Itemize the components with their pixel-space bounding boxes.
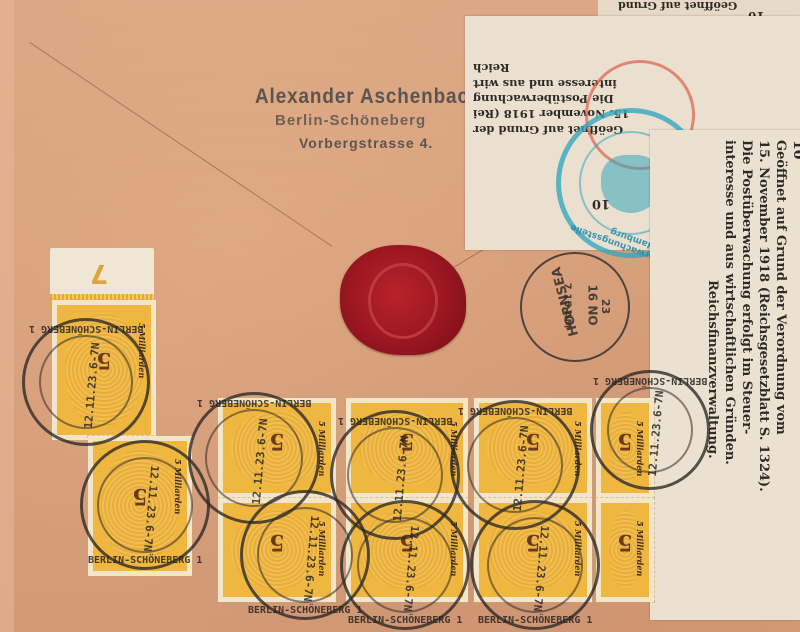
label-right-number: 10 bbox=[789, 140, 800, 492]
label-top-edge-text: Geöffnet auf Grund bbox=[618, 0, 737, 13]
label-right-line-3: Die Postüberwachung erfolgt im Steuer- bbox=[738, 140, 755, 492]
postmark-date: 12.11.23.6-7N bbox=[531, 525, 551, 612]
postmark-place: BERLIN-SCHÖNEBERG 1 bbox=[348, 615, 462, 626]
postmark-date: 12.11.23.6-7N bbox=[511, 425, 531, 512]
arrival-postmark-year: 23 bbox=[599, 299, 612, 314]
berlin-postmark: 12.11.23.6-7NBERLIN-SCHÖNEBERG 1 bbox=[22, 318, 150, 446]
berlin-postmark: 12.11.23.6-7NBERLIN-SCHÖNEBERG 1 bbox=[470, 500, 600, 630]
arrival-postmark-time: 7.15 AM bbox=[561, 283, 572, 329]
berlin-postmark: 12.11.23.6-7NBERLIN-SCHÖNEBERG 1 bbox=[590, 370, 710, 490]
stamp-value: 5 bbox=[617, 529, 632, 555]
postmark-date: 12.11.23.6-7N bbox=[646, 390, 666, 477]
stamp-surcharge: 5 Milliarden bbox=[635, 521, 645, 576]
envelope-back: Alexander Aschenbach Berlin-Schöneberg V… bbox=[0, 0, 800, 632]
label-right-line-2: 15. November 1918 (Reichsgesetzblatt S. … bbox=[755, 140, 772, 492]
arrival-postmark-date: 16 NO bbox=[586, 284, 600, 325]
postmark-place: BERLIN-SCHÖNEBERG 1 bbox=[29, 323, 143, 334]
berlin-postmark: 12.11.23.6-7NBERLIN-SCHÖNEBERG 1 bbox=[340, 500, 470, 630]
stamp-sheet-selvage: 7 bbox=[50, 248, 154, 308]
postmark-date: 12.11.23.6-7N bbox=[141, 465, 161, 552]
postmark-place: BERLIN-SCHÖNEBERG 1 bbox=[478, 615, 592, 626]
sender-name: Alexander Aschenbach bbox=[255, 84, 481, 110]
label-right-line-1: Geöffnet auf Grund der Verordnung vom bbox=[772, 140, 789, 492]
postage-stamp: 55 Milliarden bbox=[596, 498, 654, 602]
postmark-place: BERLIN-SCHÖNEBERG 1 bbox=[88, 555, 202, 566]
postmark-place: BERLIN-SCHÖNEBERG 1 bbox=[338, 415, 452, 426]
customs-label-right-text: 10 Geöffnet auf Grund der Verordnung vom… bbox=[704, 140, 800, 492]
arrival-postmark: HORNSEA 7.15 AM 16 NO 23 bbox=[520, 252, 630, 362]
wax-seal bbox=[340, 245, 466, 355]
postmark-place: BERLIN-SCHÖNEBERG 1 bbox=[458, 405, 572, 416]
envelope-left-edge bbox=[0, 0, 14, 632]
label-right-line-4: interesse und aus wirtschaftlichen Gründ… bbox=[721, 140, 738, 492]
postmark-date: 12.11.23.6-7N bbox=[250, 418, 270, 505]
postmark-date: 12.11.23.6-7N bbox=[401, 525, 421, 612]
postmark-place: BERLIN-SCHÖNEBERG 1 bbox=[248, 605, 362, 616]
plate-number: 7 bbox=[90, 258, 108, 288]
postmark-place: BERLIN-SCHÖNEBERG 1 bbox=[593, 375, 707, 386]
postmark-place: BERLIN-SCHÖNEBERG 1 bbox=[197, 397, 311, 408]
label-top-line-5: Reich bbox=[473, 60, 510, 75]
postmark-date: 12.11.23.6-7N bbox=[82, 342, 102, 429]
blue-cachet-number: 10 bbox=[592, 196, 610, 211]
postmark-date: 12.11.23.6-7N bbox=[301, 515, 321, 602]
